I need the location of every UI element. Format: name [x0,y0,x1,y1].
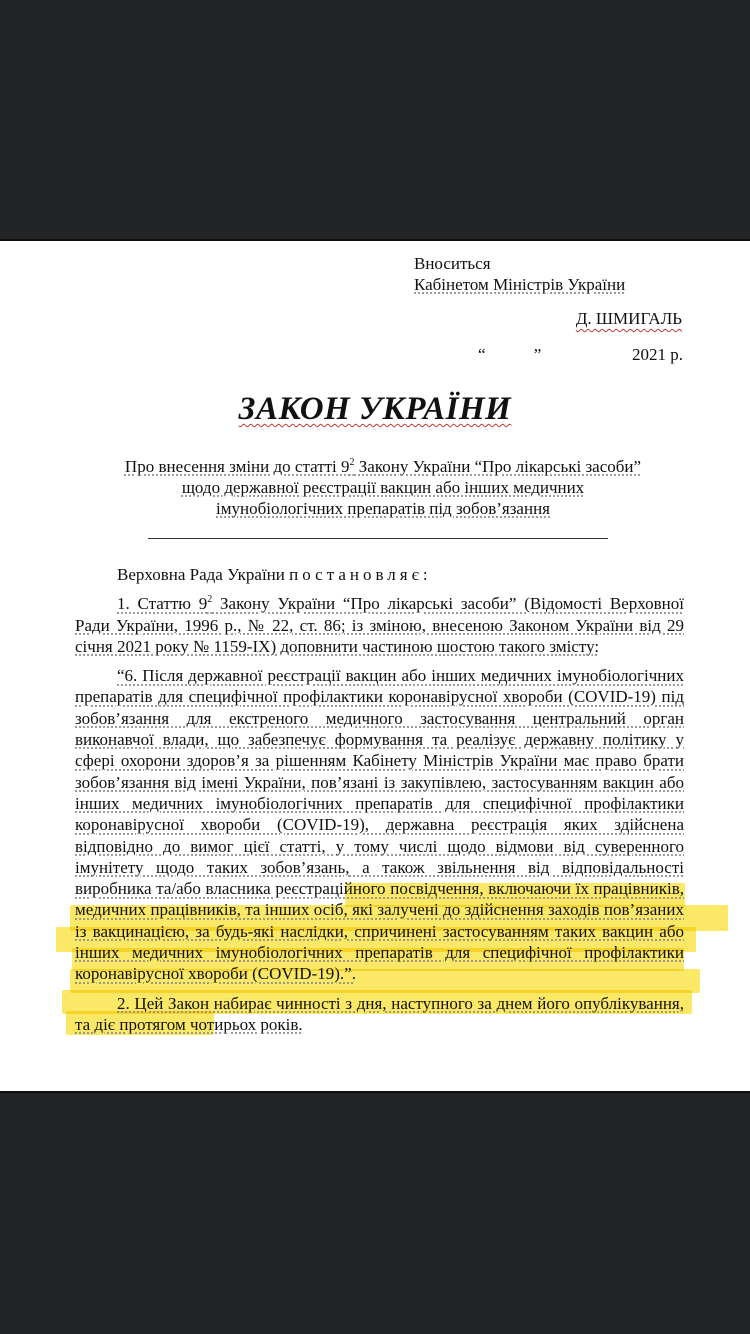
document-page: Вноситься Кабінетом Міністрів України Д.… [0,241,750,1091]
clause-1: 1. Статтю 92 Закону України “Про лікарсь… [75,593,684,657]
law-subtitle: Про внесення зміни до статті 92 Закону У… [118,456,648,519]
date-year: 2021 р. [632,345,683,365]
clause-2: 2. Цей Закон набирає чинності з дня, нас… [75,993,684,1036]
clause-6-text: “6. Після державної реєстрації вакцин аб… [75,666,684,877]
date-quotes: “ ” [478,345,563,365]
bottom-dark-band [0,1091,750,1334]
law-body: Верховна Рада України постановляє: 1. Ст… [75,564,684,1035]
law-title: ЗАКОН УКРАЇНИ [0,391,750,428]
sender-line-2: Кабінетом Міністрів України [414,274,625,295]
clause-6: “6. Після державної реєстрації вакцин аб… [75,665,684,984]
sender-line-1: Вноситься [414,253,625,274]
top-dark-band [0,0,750,241]
title-divider [148,538,608,539]
signer-name: Д. ШМИГАЛЬ [576,309,682,329]
sender-block: Вноситься Кабінетом Міністрів України [414,253,625,295]
preamble: Верховна Рада України постановляє: [75,564,684,585]
